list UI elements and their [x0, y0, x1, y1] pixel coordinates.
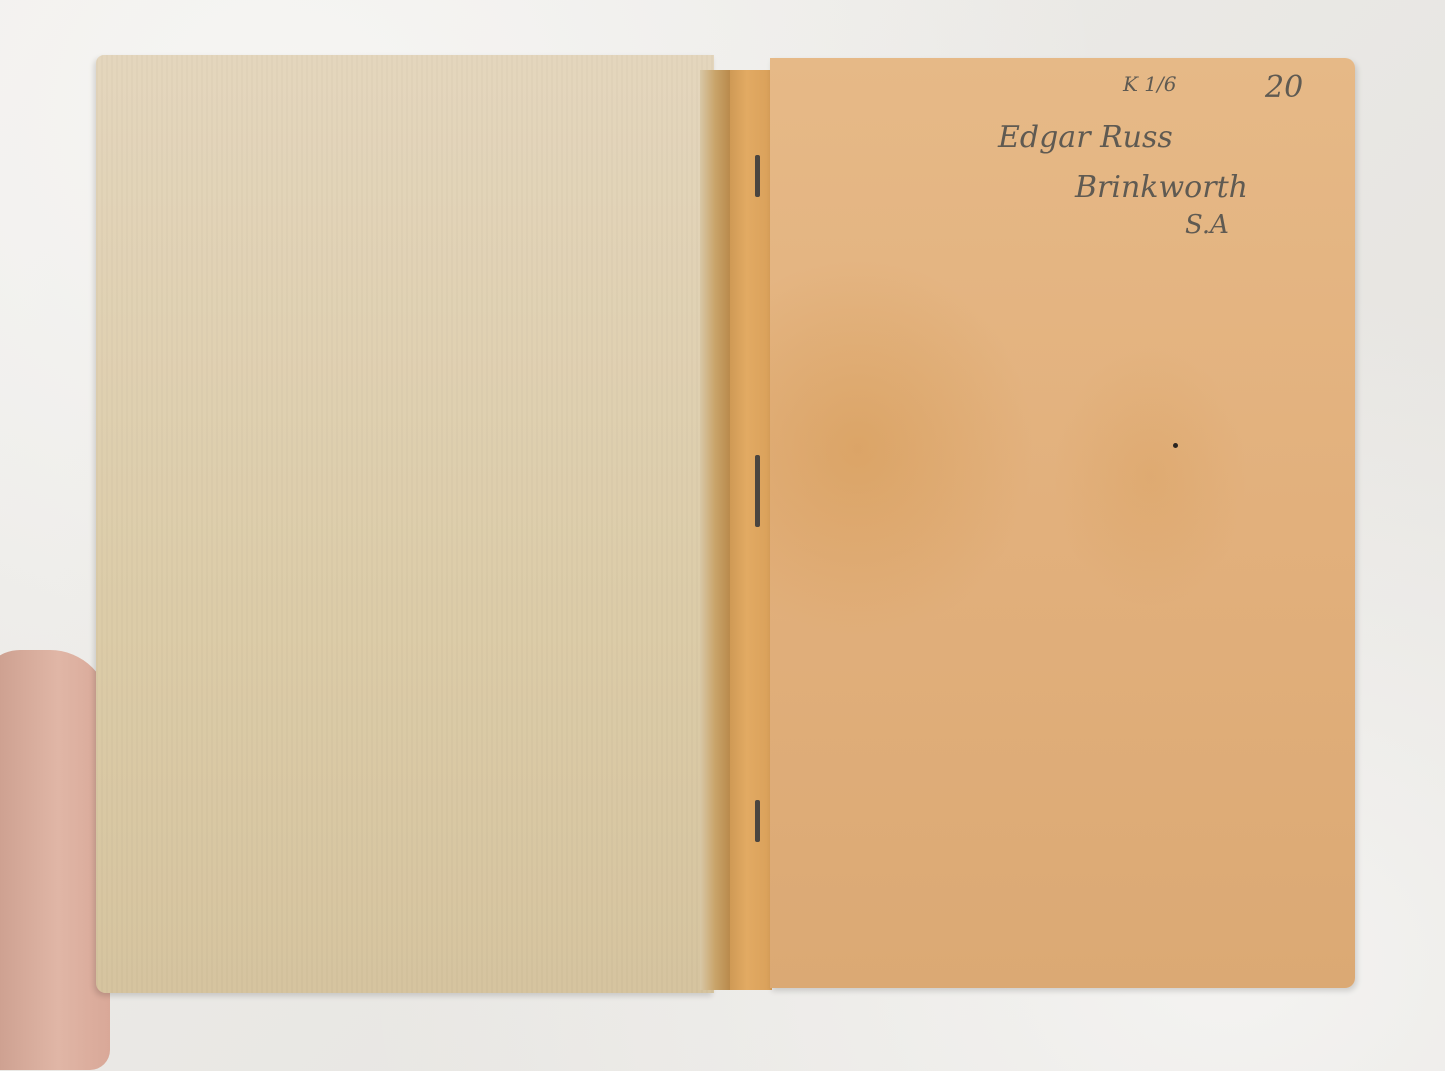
inscription-name: Edgar Russ — [998, 120, 1173, 155]
inscription-place: Brinkworth — [1075, 170, 1248, 205]
staple-middle-icon — [755, 455, 760, 527]
ink-dot — [1173, 443, 1178, 448]
right-inside-cover — [770, 58, 1355, 988]
staple-top-icon — [755, 155, 760, 197]
inscription-number: 20 — [1265, 70, 1303, 105]
spine-left-edge — [700, 70, 730, 990]
staple-bottom-icon — [755, 800, 760, 842]
left-endpaper — [96, 55, 714, 993]
inscription-state: S.A — [1185, 210, 1229, 240]
spine-right-edge — [730, 70, 772, 990]
hand-holding-book — [0, 650, 110, 1070]
inscription-code: K 1/6 — [1123, 72, 1177, 96]
